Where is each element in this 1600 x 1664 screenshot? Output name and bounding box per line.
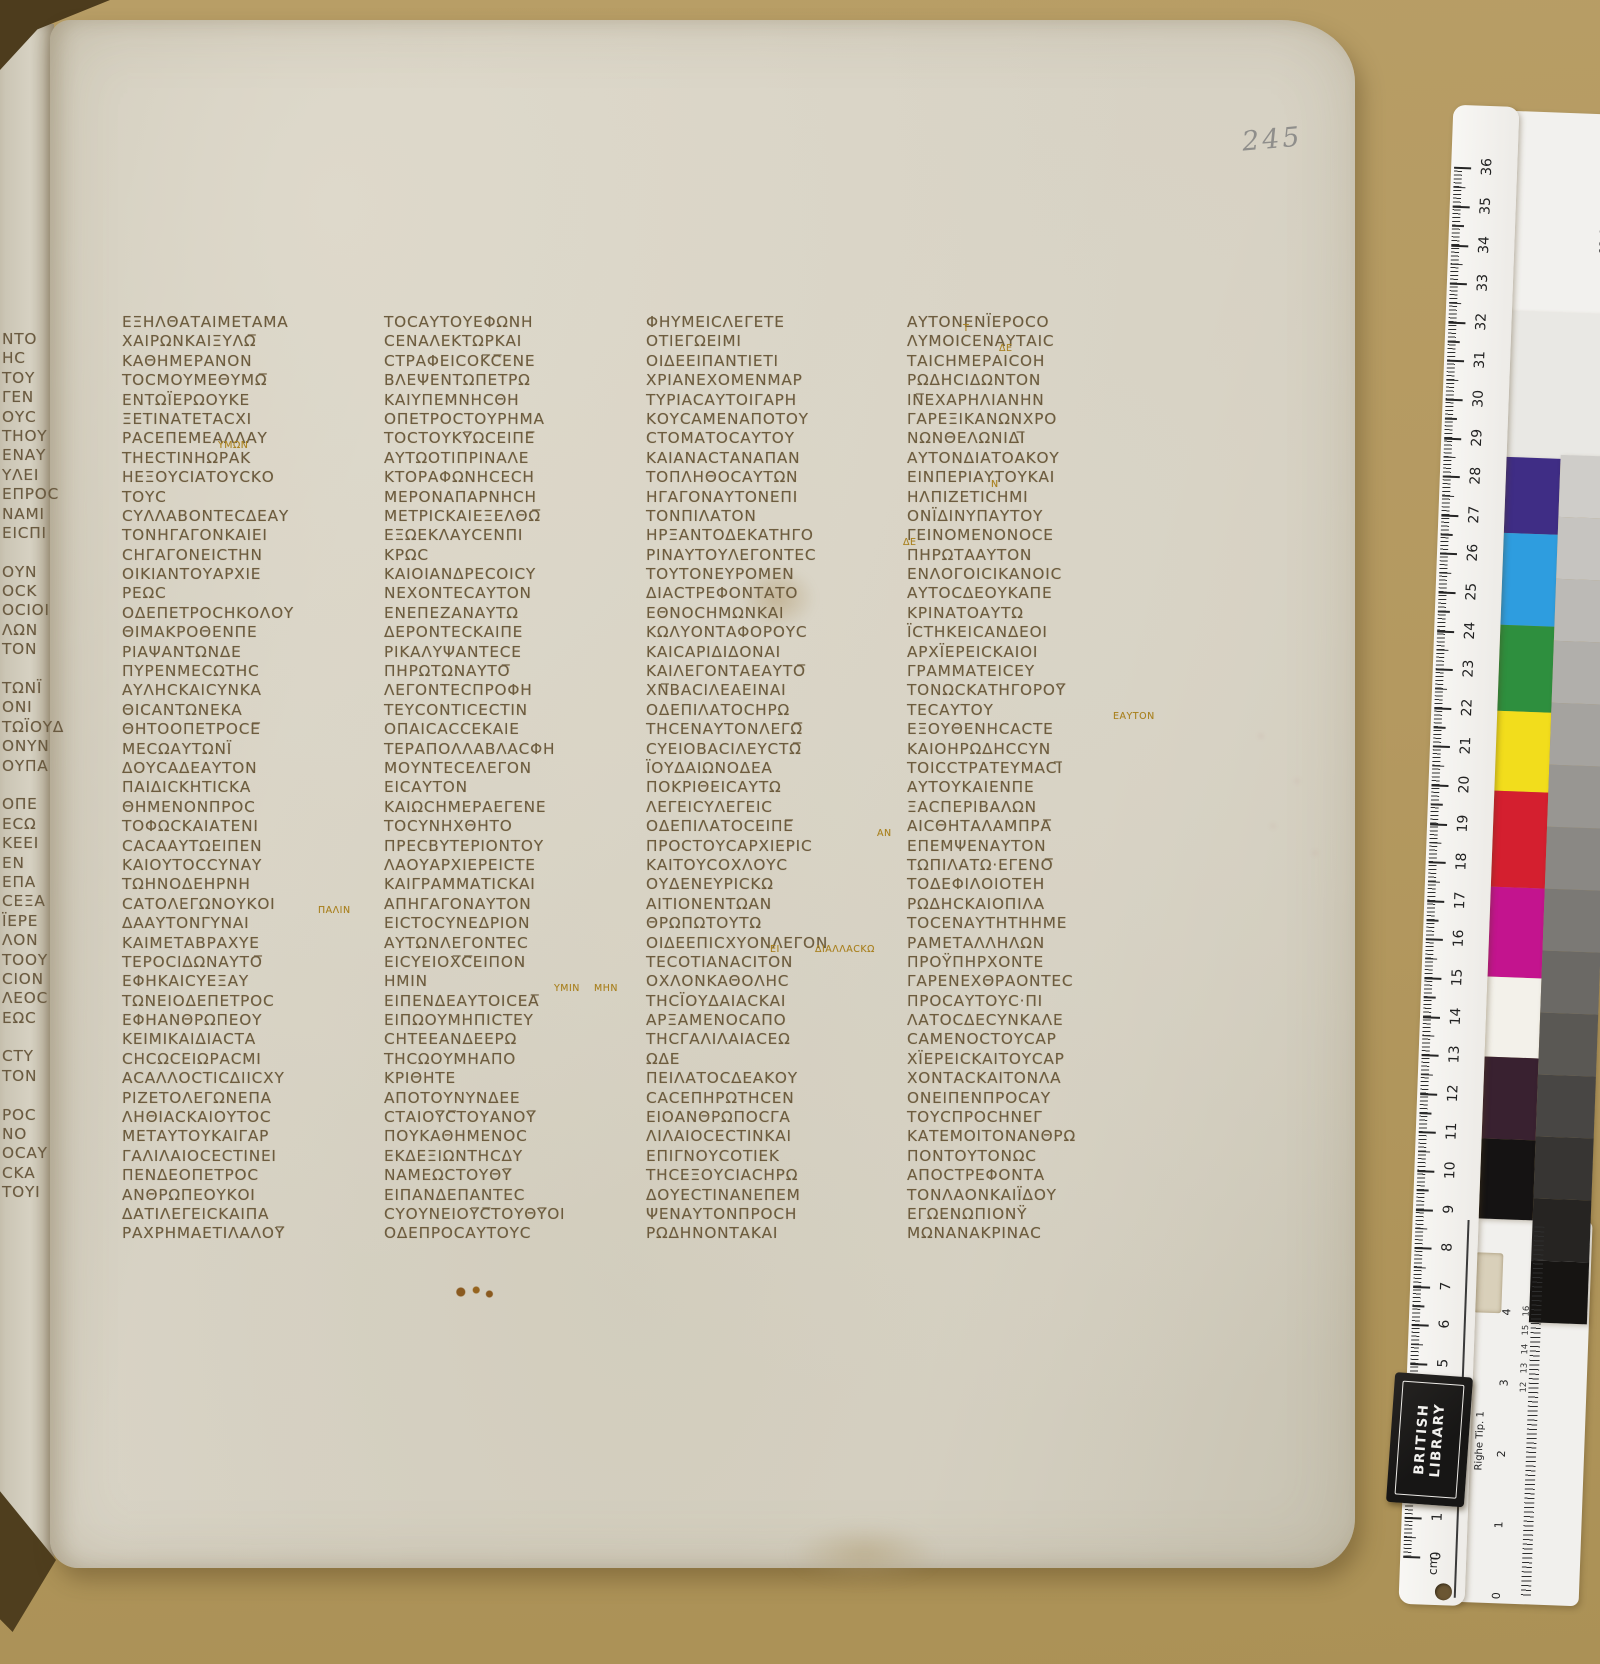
text-line: ΟΧΛΟΝΚΑΘΟΛΗϹ xyxy=(646,972,904,991)
text-line: ΤΕΥϹΟΝΤΙϹΕϹΤΙΝ xyxy=(384,701,642,720)
color-patch xyxy=(1497,625,1554,713)
color-patch xyxy=(1504,457,1561,535)
text-line: ΚΑΙΛΕΓΟΝΤΑΕΑΥΤΟ̅ xyxy=(646,662,904,681)
card-scale-label: 2080 xyxy=(1595,217,1600,255)
text-line: ΕΝΤΩΪΕΡΩΟΥΚΕ xyxy=(122,391,380,410)
text-line: ΘΙϹΑΝΤΩΝΕΚΑ xyxy=(122,701,380,720)
text-line: ΚΑΙϹΑΡΙΔΙΔΟΝΑΙ xyxy=(646,643,904,662)
righe-major-number: 2 xyxy=(1495,1450,1508,1457)
corrector-note: ΕΑΥΤΟΝ xyxy=(1113,711,1155,722)
text-line: ΚΑΙΟΥΤΟϹϹΥΝΑΥ xyxy=(122,856,380,875)
text-line: ΚΟΥϹΑΜΕΝΑΠΟΤΟΥ xyxy=(646,410,904,429)
text-line: ΟΥΠΑ xyxy=(2,757,60,776)
text-line: ΡΕΩϹ xyxy=(122,584,380,603)
text-line: ΠΡΟϹΑΥΤΟΥϹ·ΠΙ xyxy=(907,992,1165,1011)
text-line: ΟΠΑΙϹΑϹϹΕΚΑΙΕ xyxy=(384,720,642,739)
text-line: ΤΟϹΥΝΗΧΘΗΤΟ xyxy=(384,817,642,836)
text-line: ΔΑΤΙΛΕΓΕΙϹΚΑΙΠΑ xyxy=(122,1205,380,1224)
text-line: ΑΡΧΪΕΡΕΙϹΚΑΙΟΙ xyxy=(907,643,1165,662)
color-patch xyxy=(1500,533,1557,627)
text-line: ΤΟΝ xyxy=(2,640,60,659)
text-line: ΟΔΕΠΡΟϹΑΥΤΟΥϹ xyxy=(384,1224,642,1243)
text-line: ΤΗΟΥ xyxy=(2,427,60,446)
text-line: ΤΟΥ xyxy=(2,369,60,388)
text-line: ΠΟΚΡΙΘΕΙϹΑΥΤΩ xyxy=(646,778,904,797)
text-line: ΑΙΤΙΟΝΕΝΤΩΑΝ xyxy=(646,895,904,914)
text-line: ΗΓΑΓΟΝΑΥΤΟΝΕΠΙ xyxy=(646,488,904,507)
cm-number: 35 xyxy=(1477,196,1494,217)
text-line: ΔΟΥϹΑΔΕΑΥΤΟΝ xyxy=(122,759,380,778)
cm-number: 7 xyxy=(1438,1276,1455,1297)
text-line: ΗΡΞΑΝΤΟΔΕΚΑΤΗΓΟ xyxy=(646,526,904,545)
text-line: ΛΕΓΕΙϹΥΛΕΓΕΙϹ xyxy=(646,798,904,817)
text-line: ΚΑΙΑΝΑϹΤΑΝΑΠΑΝ xyxy=(646,449,904,468)
gray-step xyxy=(1538,1012,1598,1076)
text-line: ΕΚΔΕΞΙΩΝΤΗϹΔΥ xyxy=(384,1147,642,1166)
text-line: ΤΩΝΕΙΟΔΕΠΕΤΡΟϹ xyxy=(122,992,380,1011)
text-line: ΝΩΝΘΕΛΩΝΙΔΙ̅ xyxy=(907,429,1165,448)
text-line: ΡΩΔΗΝΟΝΤΑΚΑΙ xyxy=(646,1224,904,1243)
text-line: ΠΡΟΫΠΗΡΧΟΝΤΕ xyxy=(907,953,1165,972)
text-line: ΑϹΑΛΛΟϹΤΙϹΔΙΙϹΧΥ xyxy=(122,1069,380,1088)
text-line: ϹΕΞΑ xyxy=(2,892,60,911)
righe-minor-number: 12 xyxy=(1519,1382,1529,1393)
text-line: ΟΙΚΙΑΝΤΟΥΑΡΧΙΕ xyxy=(122,565,380,584)
text-line: ΠΟΥΚΑΘΗΜΕΝΟϹ xyxy=(384,1127,642,1146)
cm-number: 12 xyxy=(1445,1083,1462,1104)
text-line: ΕΝ xyxy=(2,854,60,873)
text-line: ΤΗϹΕΞΟΥϹΙΑϹΗΡΩ xyxy=(646,1166,904,1185)
righe-major-number: 1 xyxy=(1492,1521,1505,1528)
text-line: ΚΡΩϹ xyxy=(384,546,642,565)
cm-number: 29 xyxy=(1469,427,1486,448)
text-line: ϹΥΟΥΝΕΙΟΥ̅Ϲ̅ΤΟΥΘΥ̅ΟΙ xyxy=(384,1205,642,1224)
text-line: ΤΟΝΩϹΚΑΤΗΓΟΡΟΥ̅ xyxy=(907,681,1165,700)
text-line: ΤΗϹΩΟΥΜΗΑΠΟ xyxy=(384,1050,642,1069)
text-line: ΑΥΤΟΝΔΙΑΤΟΑΚΟΥ xyxy=(907,449,1165,468)
cm-tick xyxy=(1403,1556,1420,1559)
text-line: ϹΤΡΑΦΕΙϹΟΚ̅Ϲ̅ΕΝΕ xyxy=(384,352,642,371)
text-line: ΝΑΜΕΩϹΤΟΥΘΥ̅ xyxy=(384,1166,642,1185)
righe-minor-number: 14 xyxy=(1520,1344,1530,1355)
text-line: ΤΕΡΑΠΟΛΛΑΒΛΑϹΦΗ xyxy=(384,740,642,759)
text-line: ΕΙΟΑΝΘΡΩΠΟϹΓΑ xyxy=(646,1108,904,1127)
text-line: ΨΕΝΑΥΤΟΝΠΡΟϹΗ xyxy=(646,1205,904,1224)
text-line: ΤΕϹΟΤΙΑΝΑϹΙΤΟΝ xyxy=(646,953,904,972)
text-line: ΟΝΥΝ xyxy=(2,737,60,756)
text-line: ΕΠΡΟϹ xyxy=(2,485,60,504)
cm-number: 9 xyxy=(1441,1199,1458,1220)
text-line: ΤΟϹΕΝΑΥΤΗΤΗΗΜΕ xyxy=(907,914,1165,933)
text-line: ΕΝΑΥ xyxy=(2,446,60,465)
cm-number: 14 xyxy=(1448,1006,1465,1027)
text-line: ΤΟϹΤΟΥΚΥ̅ΩϹΕΙΠΕ̅ xyxy=(384,429,642,448)
cm-number: 10 xyxy=(1442,1160,1459,1181)
text-line: ΟϹΑΥ xyxy=(2,1144,60,1163)
text-line: ΘΡΩΠΩΤΟΥΤΩ xyxy=(646,914,904,933)
text-line: ΤΟΝΛΑΟΝΚΑΙΪΔΟΥ xyxy=(907,1186,1165,1205)
text-line: ΠΕΙΛΑΤΟϹΔΕΑΚΟΥ xyxy=(646,1069,904,1088)
text-line: ΟΝΕΙΠΕΝΠΡΟϹΑΥ xyxy=(907,1089,1165,1108)
text-line: ΝΑΜΙ xyxy=(2,505,60,524)
text-line: ΠΡΕϹΒΥΤΕΡΙΟΝΤΟΥ xyxy=(384,837,642,856)
text-line: ΚΕΙΜΙΚΑΙΔΙΑϹΤΑ xyxy=(122,1030,380,1049)
cm-number: 13 xyxy=(1446,1044,1463,1065)
cm-number: 33 xyxy=(1475,273,1492,294)
corrector-note: ΔΕ xyxy=(999,343,1013,354)
text-line: ΚΩΛΥΟΝΤΑΦΟΡΟΥϹ xyxy=(646,623,904,642)
text-line: ΓΕΙΝΟΜΕΝΟΝΟϹΕ xyxy=(907,526,1165,545)
color-patch xyxy=(1494,711,1551,793)
gray-step xyxy=(1543,889,1600,953)
text-line: ΕΦΗΚΑΙϹΥΕΞΑΥ xyxy=(122,972,380,991)
righe-minor-number: 13 xyxy=(1519,1363,1529,1374)
text-line: ΛΟΝ xyxy=(2,931,60,950)
text-line: ϹΕΝΑΛΕΚΤΩΡΚΑΙ xyxy=(384,332,642,351)
text-line: ΝΟ xyxy=(2,1125,60,1144)
text-line: ΓΡΑΜΜΑΤΕΙϹΕΥ xyxy=(907,662,1165,681)
gray-step xyxy=(1545,827,1600,891)
text-line: ΟΠΕΤΡΟϹΤΟΥΡΗΜΑ xyxy=(384,410,642,429)
text-line: ΟΔΕΠΕΤΡΟϹΗΚΟΛΟΥ xyxy=(122,604,380,623)
text-line: ϹΤΥ xyxy=(2,1047,60,1066)
text-line: ΟΤΙΕΓΩΕΙΜΙ xyxy=(646,332,904,351)
text-line: ΤΟΔΕΦΙΛΟΙΟΤΕΗ xyxy=(907,875,1165,894)
righe-major-number: 0 xyxy=(1490,1592,1503,1599)
text-line: ΘΗΜΕΝΟΝΠΡΟϹ xyxy=(122,798,380,817)
text-line xyxy=(2,776,60,795)
text-line: ΡΙΖΕΤΟΛΕΓΩΝΕΠΑ xyxy=(122,1089,380,1108)
text-line: ϹΥΕΙΟΒΑϹΙΛΕΥϹΤΩ̅ xyxy=(646,740,904,759)
text-line: ΟΠΕ xyxy=(2,795,60,814)
text-line: ΑΙϹΘΗΤΑΛΑΜΠΡΑ̅ xyxy=(907,817,1165,836)
pencil-folio-number: 245 xyxy=(1241,121,1304,157)
cm-number: 32 xyxy=(1473,311,1490,332)
text-line: ΛΥΜΟΙϹΕΝΑΥΤΑΙϹ xyxy=(907,332,1165,351)
text-line: ΤΗΕϹΤΙΝΗΩΡΑΚ xyxy=(122,449,380,468)
cm-number: 17 xyxy=(1452,890,1469,911)
text-line: ΕΞΩΕΚΛΑΥϹΕΝΠΙ xyxy=(384,526,642,545)
text-line: ΤΟϹΜΟΥΜΕΘΥΜΩ̅ xyxy=(122,371,380,390)
text-line xyxy=(2,660,60,679)
text-line: ΛΕΓΟΝΤΕϹΠΡΟΦΗ xyxy=(384,681,642,700)
cm-number: 34 xyxy=(1476,234,1493,255)
gray-step xyxy=(1552,641,1600,705)
text-line: ΜΕΡΟΝΑΠΑΡΝΗϹΗ xyxy=(384,488,642,507)
text-line: ΜΕϹΩΑΥΤΩΝΪ xyxy=(122,740,380,759)
text-line: ΕΙϹΑΥΤΟΝ xyxy=(384,778,642,797)
text-line: ΗϹ xyxy=(2,349,60,368)
gray-step xyxy=(1554,579,1600,643)
cm-number: 26 xyxy=(1465,543,1482,564)
color-patch xyxy=(1491,791,1548,889)
tag-text: BRITISH LIBRARY xyxy=(1411,1401,1448,1478)
gray-step xyxy=(1556,517,1600,581)
text-line: ΕΙΠΕΝΔΕΑΥΤΟΙϹΕΑ̅ xyxy=(384,992,642,1011)
cm-number: 19 xyxy=(1455,813,1472,834)
text-line: ΛΙΛΑΙΟϹΕϹΤΙΝΚΑΙ xyxy=(646,1127,904,1146)
text-line: ΚΑΙΓΡΑΜΜΑΤΙϹΚΑΙ xyxy=(384,875,642,894)
cm-number: 31 xyxy=(1472,350,1489,371)
text-line: ΞΕΤΙΝΑΤΕΤΑϹΧΙ xyxy=(122,410,380,429)
text-line: ϹΙΟΝ xyxy=(2,970,60,989)
text-line: ΠΟΝΤΟΥΤΟΝΩϹ xyxy=(907,1147,1165,1166)
text-line: ΚΑΙΟΗΡΩΔΗϹϹΥΝ xyxy=(907,740,1165,759)
text-line: ΡΑΜΕΤΑΛΛΗΛΩΝ xyxy=(907,934,1165,953)
text-line: ϹΚΑ xyxy=(2,1164,60,1183)
text-line: ΧΑΙΡΩΝΚΑΙΞΥΛΩ̅ xyxy=(122,332,380,351)
text-line: ΤΗϹΪΟΥΔΑΙΑϹΚΑΙ xyxy=(646,992,904,1011)
text-line: ΕΙϹΥΕΙΟΧ̅Ϲ̅ΕΙΠΟΝ xyxy=(384,953,642,972)
text-line: ΑΝΘΡΩΠΕΟΥΚΟΙ xyxy=(122,1186,380,1205)
text-line: ΟΔΕΠΙΛΑΤΟϹΕΙΠΕ̅ xyxy=(646,817,904,836)
text-line: ΚΑΙΩϹΗΜΕΡΑΕΓΕΝΕ xyxy=(384,798,642,817)
text-line: ΤΟΥϹΠΡΟϹΗΝΕΓ xyxy=(907,1108,1165,1127)
text-line: ΒΛΕΨΕΝΤΩΠΕΤΡΩ xyxy=(384,371,642,390)
color-patch xyxy=(1479,1138,1536,1220)
text-line: ΚΡΙΘΗΤΕ xyxy=(384,1069,642,1088)
text-line: ΪΕΡΕ xyxy=(2,912,60,931)
text-line: ΤΟΝΠΙΛΑΤΟΝ xyxy=(646,507,904,526)
cm-number: 0 xyxy=(1428,1546,1445,1567)
cm-number: 1 xyxy=(1429,1507,1446,1528)
text-line: ΡΩΔΗϹΙΔΩΝΤΟΝ xyxy=(907,371,1165,390)
text-line: ΕΙΝΠΕΡΙΑΥΤΟΥΚΑΙ xyxy=(907,468,1165,487)
text-line: ΠΑΙΔΙϹΚΗΤΙϹΚΑ xyxy=(122,778,380,797)
text-line: ΟϹΙΟΙ xyxy=(2,601,60,620)
text-line: ΤΟΙϹϹΤΡΑΤΕΥΜΑϹΙ̅ xyxy=(907,759,1165,778)
gray-step xyxy=(1547,765,1600,829)
gray-step xyxy=(1536,1074,1596,1138)
text-line: ΑΠΗΓΑΓΟΝΑΥΤΟΝ xyxy=(384,895,642,914)
text-line: ΤΥΡΙΑϹΑΥΤΟΙΓΑΡΗ xyxy=(646,391,904,410)
text-line: ΔΑΑΥΤΟΝΓΥΝΑΙ xyxy=(122,914,380,933)
text-line: ΤΟϹΑΥΤΟΥΕΦΩΝΗ xyxy=(384,313,642,332)
text-line: ΤΩΪΟΥΔ xyxy=(2,718,60,737)
text-line: ΕΠΑ xyxy=(2,873,60,892)
text-line: ΟΥΔΕΝΕΥΡΙϹΚΩ xyxy=(646,875,904,894)
manuscript-photo: 245 ΝΤΟΗϹΤΟΥΓΕΝΟΥϹΤΗΟΥΕΝΑΥΥΛΕΙΕΠΡΟϹΝΑΜΙΕ… xyxy=(0,0,1600,1664)
corrector-note: Ν xyxy=(991,479,999,490)
corrector-note: ΠΑΛΙΝ xyxy=(318,905,351,916)
velcro-patch xyxy=(1473,1252,1503,1313)
text-line: ΡΑΧΡΗΜΑΕΤΙΛΑΛΟΥ̅ xyxy=(122,1224,380,1243)
text-line: ΤΩΝΪ xyxy=(2,679,60,698)
text-line: ΝΤΟ xyxy=(2,330,60,349)
ruler-hole xyxy=(1435,1583,1453,1601)
text-line: ϹΤΟΜΑΤΟϹΑΥΤΟΥ xyxy=(646,429,904,448)
text-line: ΤΟΥϹ xyxy=(122,488,380,507)
text-line: ΠΥΡΕΝΜΕϹΩΤΗϹ xyxy=(122,662,380,681)
text-line: ϹΥΛΛΑΒΟΝΤΕϹΔΕΑΥ xyxy=(122,507,380,526)
facing-page-text-fragments: ΝΤΟΗϹΤΟΥΓΕΝΟΥϹΤΗΟΥΕΝΑΥΥΛΕΙΕΠΡΟϹΝΑΜΙΕΙϹΠΙ… xyxy=(2,330,60,1203)
text-line: ΛΕΟϹ xyxy=(2,989,60,1008)
righe-major-number: 4 xyxy=(1500,1308,1513,1315)
color-patch xyxy=(1482,1056,1539,1140)
text-line: ϹΑϹΑΑΥΤΩΕΙΠΕΝ xyxy=(122,837,380,856)
text-line: ΕΠΙΓΝΟΥϹΟΤΙΕΚ xyxy=(646,1147,904,1166)
text-line: ΧΟΝΤΑϹΚΑΙΤΟΝΛΑ xyxy=(907,1069,1165,1088)
text-line xyxy=(2,1086,60,1105)
text-line: ΕΙΠΩΟΥΜΗΠΙϹΤΕΥ xyxy=(384,1011,642,1030)
text-line: ΤΟΝ xyxy=(2,1067,60,1086)
text-line: ΜΕΤΡΙϹΚΑΙΕΞΕΛΘΩ̅ xyxy=(384,507,642,526)
cm-number: 25 xyxy=(1463,581,1480,602)
text-line: ΕΙϹΤΟϹΥΝΕΔΡΙΟΝ xyxy=(384,914,642,933)
text-line: ΡΙΚΑΛΥΨΑΝΤΕϹΕ xyxy=(384,643,642,662)
text-line: ΤΟΠΛΗΘΟϹΑΥΤΩΝ xyxy=(646,468,904,487)
text-line: ϹΑΜΕΝΟϹΤΟΥϹΑΡ xyxy=(907,1030,1165,1049)
text-line: ΤΗϹΓΑΛΙΛΑΙΑϹΕΩ xyxy=(646,1030,904,1049)
cm-number: 20 xyxy=(1456,774,1473,795)
text-line: ΓΑΡΕΝΕΧΘΡΑΟΝΤΕϹ xyxy=(907,972,1165,991)
text-line: ΕΠΕΜΨΕΝΑΥΤΟΝ xyxy=(907,837,1165,856)
cm-number: 28 xyxy=(1467,466,1484,487)
text-line: ΜΟΥΝΤΕϹΕΛΕΓΟΝ xyxy=(384,759,642,778)
text-line: ΔΕΡΟΝΤΕϹΚΑΙΠΕ xyxy=(384,623,642,642)
text-column-4: ΑΥΤΟΝΕΝΪΕΡΟϹΟΛΥΜΟΙϹΕΝΑΥΤΑΙϹΤΑΙϹΗΜΕΡΑΙϹΟΗ… xyxy=(907,313,1165,1244)
text-line xyxy=(2,1028,60,1047)
text-line: ΞΑϹΠΕΡΙΒΑΛΩΝ xyxy=(907,798,1165,817)
text-line: ΚΑΙΤΟΥϹΟΧΛΟΥϹ xyxy=(646,856,904,875)
cm-number: 5 xyxy=(1435,1353,1452,1374)
cm-number: 23 xyxy=(1460,659,1477,680)
text-line: ΕΘΝΟϹΗΜΩΝΚΑΙ xyxy=(646,604,904,623)
text-line: ΑΥΤΩΝΛΕΓΟΝΤΕϹ xyxy=(384,934,642,953)
text-line: ΑΥΛΗϹΚΑΙϹΥΝΚΑ xyxy=(122,681,380,700)
text-line: ΕϹΩ xyxy=(2,815,60,834)
text-line: ΓΑΛΙΛΑΙΟϹΕϹΤΙΝΕΙ xyxy=(122,1147,380,1166)
text-line: ΚΕΕΙ xyxy=(2,834,60,853)
british-library-tag: BRITISH LIBRARY xyxy=(1386,1372,1473,1507)
text-line: ΕΙϹΠΙ xyxy=(2,524,60,543)
text-line: ΕΝΛΟΓΟΙϹΙΚΑΝΟΙϹ xyxy=(907,565,1165,584)
text-line: ΡΑϹΕΠΕΜΕΑΛΛΑΥ xyxy=(122,429,380,448)
corrector-note: ΥΜΩΝ xyxy=(218,440,248,451)
text-line: ΤΟΥΙ xyxy=(2,1183,60,1202)
gray-step xyxy=(1533,1136,1593,1200)
cm-number: 18 xyxy=(1453,851,1470,872)
cm-number: 21 xyxy=(1458,736,1475,757)
text-line: ΠΡΟϹΤΟΥϹΑΡΧΙΕΡΙϹ xyxy=(646,837,904,856)
text-line: ΪϹΤΗΚΕΙϹΑΝΔΕΟΙ xyxy=(907,623,1165,642)
text-line: ΕΓΩΕΝΩΠΙΟΝΫ xyxy=(907,1205,1165,1224)
corrector-note: Τ xyxy=(963,323,969,334)
corrector-note: ΔΕ xyxy=(903,537,917,548)
text-column-3: ΦΗΥΜΕΙϹΛΕΓΕΤΕΟΤΙΕΓΩΕΙΜΙΟΙΔΕΕΙΠΑΝΤΙΕΤΙΧΡΙ… xyxy=(646,313,904,1244)
text-line: ΤΟΦΩϹΚΑΙΑΤΕΝΙ xyxy=(122,817,380,836)
text-line: ΓΕΝ xyxy=(2,388,60,407)
text-line: ΩΔΕ xyxy=(646,1050,904,1069)
text-line: ΧΡΙΑΝΕΧΟΜΕΝΜΑΡ xyxy=(646,371,904,390)
text-line: ΕΞΗΛΘΑΤΑΙΜΕΤΑΜΑ xyxy=(122,313,380,332)
text-line: ΧΪΕΡΕΙϹΚΑΙΤΟΥϹΑΡ xyxy=(907,1050,1165,1069)
text-line: ΕΙΠΑΝΔΕΠΑΝΤΕϹ xyxy=(384,1186,642,1205)
text-line: ΚΤΟΡΑΦΩΝΗϹΕϹΗ xyxy=(384,468,642,487)
text-line: ΕΩϹ xyxy=(2,1009,60,1028)
text-line: ΛΑΟΥΑΡΧΙΕΡΕΙϹΤΕ xyxy=(384,856,642,875)
calibration-ruler-assembly: 2080 cm. 0123456789101112131415161718192… xyxy=(1397,103,1600,1640)
text-line: ΤΩΗΝΟΔΕΗΡΝΗ xyxy=(122,875,380,894)
corrector-note: ΥΜΙΝ xyxy=(554,983,580,994)
text-line: ΤΟΟΥ xyxy=(2,951,60,970)
cm-number: 11 xyxy=(1443,1121,1460,1142)
cm-number: 8 xyxy=(1439,1237,1456,1258)
text-line: ΚΑΘΗΜΕΡΑΝΟΝ xyxy=(122,352,380,371)
text-line: ΘΗΤΟΟΠΕΤΡΟϹΕ̅ xyxy=(122,720,380,739)
cm-number: 22 xyxy=(1459,697,1476,718)
text-line: ΟΝΙ xyxy=(2,698,60,717)
text-line: ΤΩΠΙΛΑΤΩ·ΕΓΕΝΟ̅ xyxy=(907,856,1165,875)
text-line: ΤΗϹΕΝΑΥΤΟΝΛΕΓΩ̅ xyxy=(646,720,904,739)
text-line: ΑΠΟϹΤΡΕΦΟΝΤΑ xyxy=(907,1166,1165,1185)
text-line: ΚΑΙΟΙΑΝΔΡΕϹΟΙϹΥ xyxy=(384,565,642,584)
text-line: ΡΙΑΨΑΝΤΩΝΔΕ xyxy=(122,643,380,662)
text-line: ΜΕΤΑΥΤΟΥΚΑΙΓΑΡ xyxy=(122,1127,380,1146)
ruler-maker-label: Righe Tip. 1 xyxy=(1473,1411,1486,1471)
text-line: ΗΛΠΙΖΕΤΙϹΗΜΙ xyxy=(907,488,1165,507)
text-line: ΑΠΟΤΟΥΝΥΝΔΕΕ xyxy=(384,1089,642,1108)
text-line: ΛΑΤΟϹΔΕϹΥΝΚΑΛΕ xyxy=(907,1011,1165,1030)
text-line: ΑΥΤΟΥΚΑΙΕΝΠΕ xyxy=(907,778,1165,797)
text-line: ΚΑΤΕΜΟΙΤΟΝΑΝΘΡΩ xyxy=(907,1127,1165,1146)
righe-minor-number: 15 xyxy=(1521,1325,1531,1336)
text-line: ΤΑΙϹΗΜΕΡΑΙϹΟΗ xyxy=(907,352,1165,371)
text-line: ΑΥΤΟϹΔΕΟΥΚΑΠΕ xyxy=(907,584,1165,603)
text-line: ΜΩΝΑΝΑΚΡΙΝΑϹ xyxy=(907,1224,1165,1243)
text-column-1: ΕΞΗΛΘΑΤΑΙΜΕΤΑΜΑΧΑΙΡΩΝΚΑΙΞΥΛΩ̅ΚΑΘΗΜΕΡΑΝΟΝ… xyxy=(122,313,380,1244)
text-line: ϹΤΑΙΟΥ̅Ϲ̅ΤΟΥΑΝΟΥ̅ xyxy=(384,1108,642,1127)
gray-step xyxy=(1540,951,1600,1015)
cm-number: 24 xyxy=(1462,620,1479,641)
text-line: ϹΑϹΕΠΗΡΩΤΗϹΕΝ xyxy=(646,1089,904,1108)
text-line: ΟΥϹ xyxy=(2,408,60,427)
text-line: ΑΥΤΟΝΕΝΪΕΡΟϹΟ xyxy=(907,313,1165,332)
text-line: ΟΙΔΕΕΙΠΑΝΤΙΕΤΙ xyxy=(646,352,904,371)
text-line: ϹΗΤΕΕΑΝΔΕΕΡΩ xyxy=(384,1030,642,1049)
righe-major-number: 3 xyxy=(1498,1379,1511,1386)
text-line: ΠΗΡΩΤΩΝΑΥΤΟ̅ xyxy=(384,662,642,681)
text-line: ΓΑΡΕΞΙΚΑΝΩΝΧΡΟ xyxy=(907,410,1165,429)
text-line: ΑΥΤΩΟΤΙΠΡΙΝΑΛΕ xyxy=(384,449,642,468)
text-line: ϹΗϹΩϹΕΙΩΡΑϹΜΙ xyxy=(122,1050,380,1069)
color-patch xyxy=(1488,887,1545,979)
text-line: ΕΞΟΥΘΕΝΗϹΑϹΤΕ xyxy=(907,720,1165,739)
corrector-note: ΔΙΑΛΛΑϹΚΩ xyxy=(815,944,875,955)
gray-step xyxy=(1549,703,1600,767)
text-line: ΙΝ̅ΕΧΑΡΗΛΙΑΝΗΝ xyxy=(907,391,1165,410)
text-line: ΡΩΔΗϹΚΑΙΟΠΙΛΑ xyxy=(907,895,1165,914)
text-line: ϹΗΓΑΓΟΝΕΙϹΤΗΝ xyxy=(122,546,380,565)
cm-number: 15 xyxy=(1449,967,1466,988)
color-patch xyxy=(1485,977,1542,1059)
cm-number: 36 xyxy=(1479,157,1496,178)
text-line: ΠΕΝΔΕΟΠΕΤΡΟϹ xyxy=(122,1166,380,1185)
cm-number: 16 xyxy=(1451,929,1468,950)
cm-number: 30 xyxy=(1470,389,1487,410)
text-line: ΧΝ̅ΒΑϹΙΛΕΑΕΙΝΑΙ xyxy=(646,681,904,700)
text-line: ΤΟΝΗΓΑΓΟΝΚΑΙΕΙ xyxy=(122,526,380,545)
text-line: ΘΙΜΑΚΡΟΘΕΝΠΕ xyxy=(122,623,380,642)
cm-number: 6 xyxy=(1436,1314,1453,1335)
text-line: ΡΙΝΑΥΤΟΥΛΕΓΟΝΤΕϹ xyxy=(646,546,904,565)
text-column-2: ΤΟϹΑΥΤΟΥΕΦΩΝΗϹΕΝΑΛΕΚΤΩΡΚΑΙϹΤΡΑΦΕΙϹΟΚ̅Ϲ̅Ε… xyxy=(384,313,642,1244)
text-line: ΛΩΝ xyxy=(2,621,60,640)
text-line: ΚΑΙΜΕΤΑΒΡΑΧΥΕ xyxy=(122,934,380,953)
text-line: ΝΕΧΟΝΤΕϹΑΥΤΟΝ xyxy=(384,584,642,603)
text-line: ΤΕΡΟϹΙΔΩΝΑΥΤΟ̅ xyxy=(122,953,380,972)
cm-number: 27 xyxy=(1466,504,1483,525)
